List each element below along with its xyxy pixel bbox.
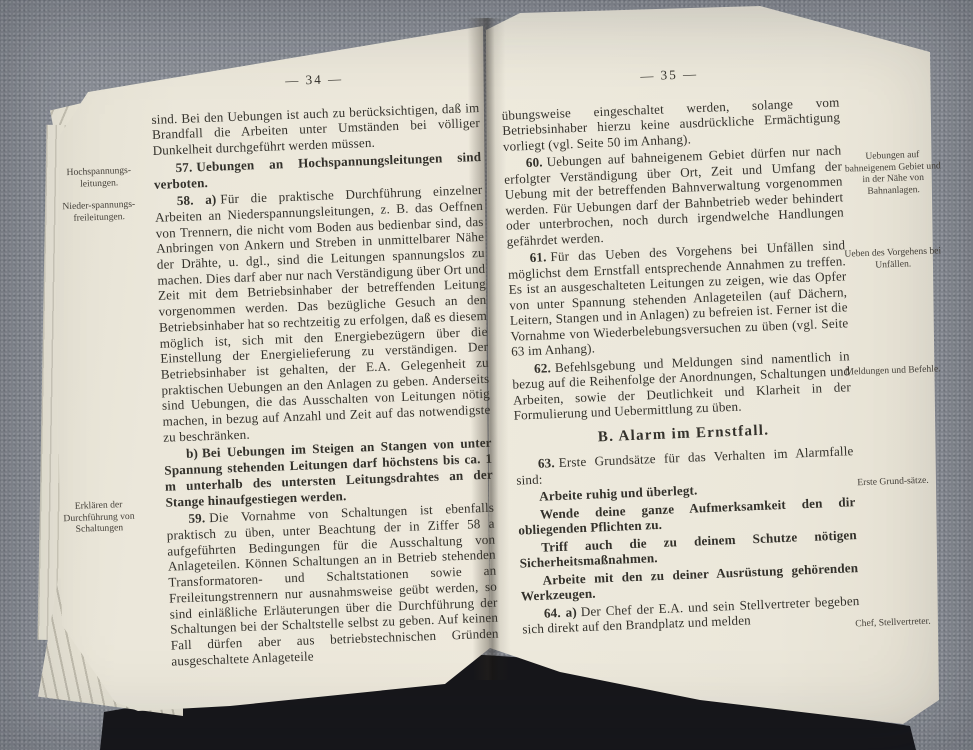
left-page-text: — 34 — sind. Bei den Uebungen ist auch z… xyxy=(150,66,499,669)
paragraph-number: 58. a) xyxy=(177,192,217,208)
right-page-text: — 35 — übungsweise eingeschaltet werden,… xyxy=(500,60,860,637)
paragraph-text: Bei Uebungen im Steigen an Stangen von u… xyxy=(164,435,493,509)
paragraph-62: 62.Befehlsgebung und Meldungen sind name… xyxy=(512,348,852,424)
paragraph-number: 57. xyxy=(175,159,192,175)
paragraph-number: 60. xyxy=(526,154,543,170)
paragraph-number: 59. xyxy=(188,511,205,527)
paragraph-60: 60.Uebungen auf bahneigenem Gebiet dürfe… xyxy=(503,142,844,248)
paragraph-61: 61.Für das Ueben des Vorgehens bei Unfäl… xyxy=(507,237,849,359)
margin-note-bahneigenes-gebiet: Uebungen auf bahneigenem Gebiet und in d… xyxy=(843,148,943,198)
paragraph-text: sind. Bei den Uebungen ist auch zu berüc… xyxy=(151,100,480,158)
paragraph-text: Uebungen auf bahneigenem Gebiet dürfen n… xyxy=(504,142,844,248)
book-photo: — 34 — sind. Bei den Uebungen ist auch z… xyxy=(0,0,973,750)
paragraph-text: Für die praktische Durchführung einzelne… xyxy=(155,182,491,444)
margin-note-niederspannungsfreileitungen: Nieder-spannungs-freileitungen. xyxy=(52,198,147,224)
paragraph-text: Befehlsgebung und Meldungen sind namentl… xyxy=(512,348,851,423)
paragraph-number: 61. xyxy=(529,249,546,265)
paragraph-58b: b)Bei Uebungen im Steigen an Stangen von… xyxy=(164,435,494,510)
paragraph-number: b) xyxy=(186,446,198,461)
paragraph-number: 63. xyxy=(538,455,555,471)
paragraph-text: Für das Ueben des Vorgehens bei Unfällen… xyxy=(508,237,849,358)
margin-note-hochspannungsleitungen: Hochspannungs-leitungen. xyxy=(52,164,147,190)
paragraph-59: 59.Die Vornahme von Schaltungen ist eben… xyxy=(166,500,500,669)
paragraph-58a: 58. a)Für die praktische Durchführung ei… xyxy=(154,182,491,445)
margin-note-ueben-unfaelle: Ueben des Vorgehens bei Unfällen. xyxy=(844,245,943,272)
paragraph-text: Die Vornahme von Schaltungen ist ebenfal… xyxy=(166,500,498,668)
margin-note-erklaeren-schaltungen: Erklären der Durchführung von Schaltunge… xyxy=(51,498,146,536)
paragraph-number: 62. xyxy=(534,360,551,376)
paragraph-number: 64. a) xyxy=(544,604,577,620)
